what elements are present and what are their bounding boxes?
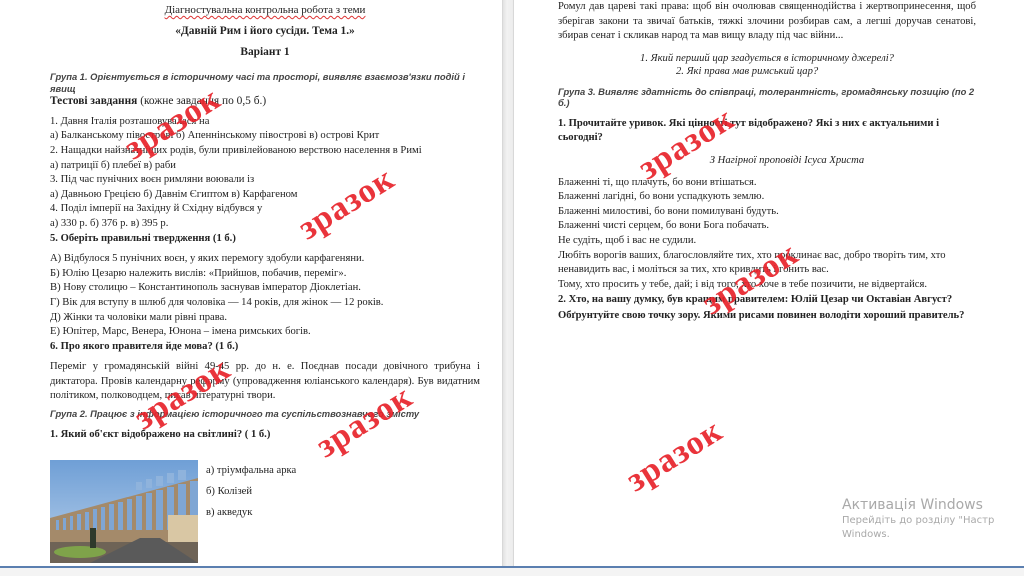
statement-item: Б) Юлію Цезарю належить вислів: «Прийшов… xyxy=(50,267,480,282)
answer-option: б) Колізей xyxy=(206,481,296,502)
test-question-4: 4. Поділ імперії на Західну й Східну від… xyxy=(50,202,480,231)
tests-heading: Тестові завдання (кожне завдання по 0,5 … xyxy=(50,94,480,109)
group3-question-2: 2. Хто, на вашу думку, був кращим правит… xyxy=(558,292,976,323)
sermon-text: Блаженні ті, що плачуть, бо вони втішать… xyxy=(558,176,976,293)
statement-item: А) Відбулося 5 пунічних воєн, у яких пер… xyxy=(50,252,480,267)
sermon-title: З Нагірної проповіді Ісуса Христа xyxy=(558,154,976,169)
page-gap xyxy=(502,0,514,570)
question-5-title: 5. Оберіть правильні твердження (1 б.) xyxy=(50,232,480,247)
answer-option: в) акведук xyxy=(206,502,296,523)
test-question-2: 2. Нащадки найзнатніших родів, були прив… xyxy=(50,144,480,173)
statements-list: А) Відбулося 5 пунічних воєн, у яких пер… xyxy=(50,252,480,340)
statement-item: Е) Юпітер, Марс, Венера, Юнона – імена р… xyxy=(50,325,480,340)
group2-title: Група 2. Працює з інформацією історичног… xyxy=(50,408,480,420)
sermon-line: Не судіть, щоб і вас не судили. xyxy=(558,234,976,249)
sermon-line: Блаженні милостиві, бо вони помилувані б… xyxy=(558,205,976,220)
test-question-3: 3. Під час пунічних воєн римляни воювали… xyxy=(50,173,480,202)
answer-option: а) тріумфальна арка xyxy=(206,460,296,481)
question-6-text: Переміг у громадянській війні 49-45 рр. … xyxy=(50,360,480,404)
statement-item: Г) Вік для вступу в шлюб для чоловіка — … xyxy=(50,296,480,311)
page-2-content: Ромул дав цареві такі права: щоб він очо… xyxy=(558,0,976,323)
activation-title: Активація Windows xyxy=(842,496,994,514)
sermon-line: Блаженні ті, що плачуть, бо вони втішать… xyxy=(558,176,976,191)
doc-title-line1: Діагностувальна контрольна робота з теми xyxy=(50,3,480,18)
doc-title-topic: «Давній Рим і його сусіди. Тема 1.» xyxy=(50,24,480,39)
activation-line-1[interactable]: Перейдіть до розділу "Настр xyxy=(842,514,994,528)
document-page-1: Діагностувальна контрольна робота з теми… xyxy=(0,0,502,570)
sermon-line: Блаженні чисті серцем, бо вони Бога поба… xyxy=(558,219,976,234)
page-1-content: Діагностувальна контрольна робота з теми… xyxy=(50,3,480,442)
document-page-2: Ромул дав цареві такі права: щоб він очо… xyxy=(514,0,1024,570)
doc-variant: Варіант 1 xyxy=(50,45,480,60)
statement-item: Д) Жінки та чоловіки мали рівні права. xyxy=(50,311,480,326)
aqueduct-answer-options: а) тріумфальна арка б) Колізей в) акведу… xyxy=(206,460,296,523)
status-strip xyxy=(0,568,1024,576)
sermon-line: Блаженні лагідні, бо вони успадкують зем… xyxy=(558,190,976,205)
test-question-1: 1. Давня Італія розташовувалася на а) Ба… xyxy=(50,115,480,144)
source-text: Ромул дав цареві такі права: щоб він очо… xyxy=(558,0,976,44)
group3-question-1: 1. Прочитайте уривок. Які цінності тут в… xyxy=(558,117,976,146)
aqueduct-photo xyxy=(50,460,198,563)
statement-item: В) Нову столицю – Константинополь заснув… xyxy=(50,281,480,296)
group1-title: Група 1. Орієнтується в історичному часі… xyxy=(50,71,480,94)
group2-question-1-title: 1. Який об'єкт відображено на світлині? … xyxy=(50,428,480,443)
question-6-title: 6. Про якого правителя йде мова? (1 б.) xyxy=(50,340,480,355)
activation-line-2: Windows. xyxy=(842,528,994,542)
windows-activation-notice: Активація Windows Перейдіть до розділу "… xyxy=(842,496,994,542)
sermon-line: Любіть ворогів ваших, благословляйте тих… xyxy=(558,249,976,278)
source-question-1: 1. Який перший цар згадується в історичн… xyxy=(558,52,976,65)
group3-title: Група 3. Виявляє здатність до співпраці,… xyxy=(558,86,976,109)
sermon-line: Тому, хто просить у тебе, дай; і від тог… xyxy=(558,278,976,293)
source-question-2: 2. Які права мав римський цар? xyxy=(558,65,976,78)
